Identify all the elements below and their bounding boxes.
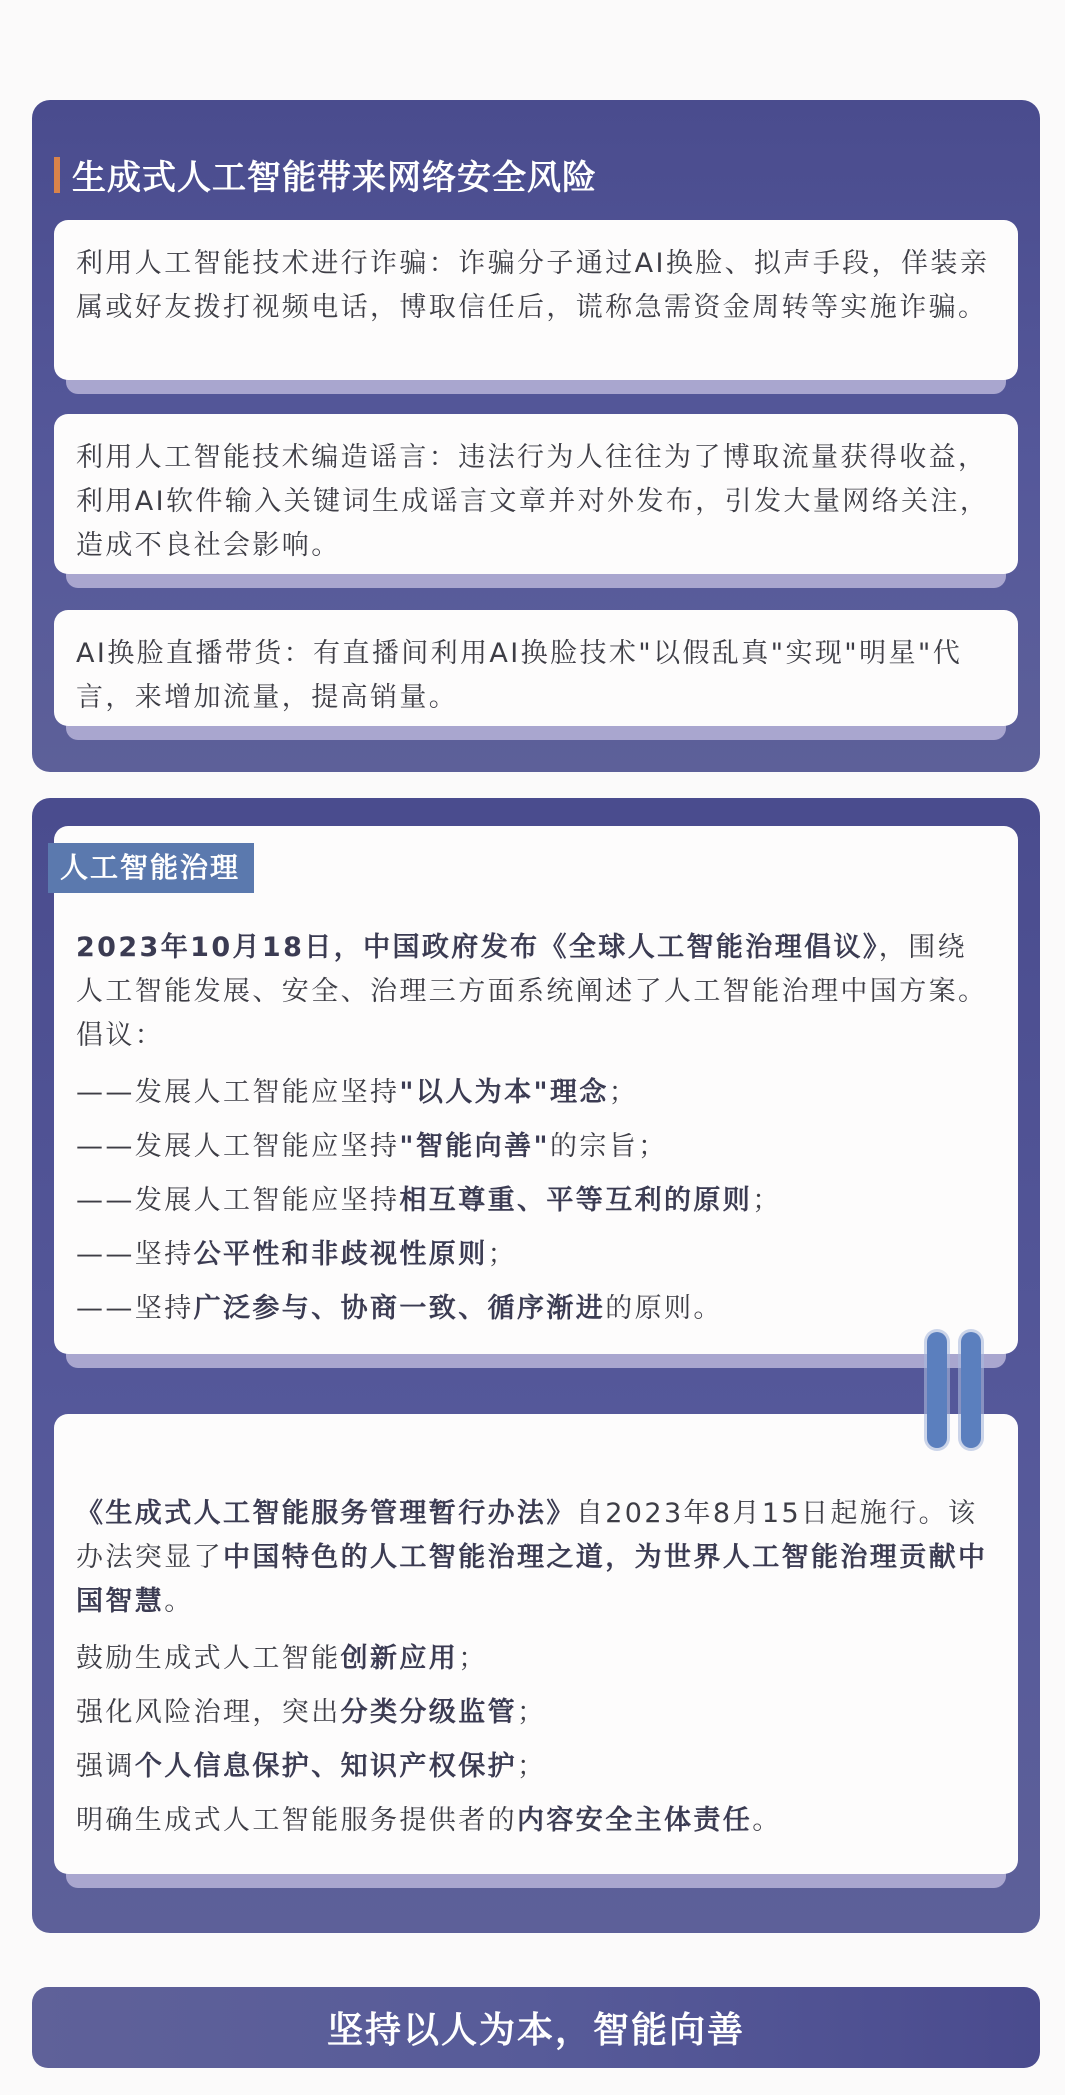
- risk-card: 利用人工智能技术编造谣言：违法行为人往往为了博取流量获得收益，利用AI软件输入关…: [54, 414, 1018, 574]
- measures-item: 强调个人信息保护、知识产权保护；: [76, 1740, 996, 1794]
- risk-panel: 生成式人工智能带来网络安全风险 利用人工智能技术进行诈骗：诈骗分子通过AI换脸、…: [32, 100, 1040, 772]
- measures-card: 《生成式人工智能服务管理暂行办法》自2023年8月15日起施行。该办法突显了中国…: [54, 1414, 1018, 1874]
- initiative-intro: 2023年10月18日，中国政府发布《全球人工智能治理倡议》，围绕人工智能发展、…: [76, 926, 996, 1058]
- initiative-item: ——发展人工智能应坚持"以人为本"理念；: [76, 1066, 996, 1120]
- initiative-item: ——坚持广泛参与、协商一致、循序渐进的原则。: [76, 1282, 996, 1336]
- governance-panel: 2023年10月18日，中国政府发布《全球人工智能治理倡议》，围绕人工智能发展、…: [32, 798, 1040, 1933]
- initiative-card: 2023年10月18日，中国政府发布《全球人工智能治理倡议》，围绕人工智能发展、…: [54, 826, 1018, 1354]
- initiative-item: ——坚持公平性和非歧视性原则；: [76, 1228, 996, 1282]
- governance-tag: 人工智能治理: [48, 843, 254, 893]
- binder-clip-icon: [961, 1332, 981, 1448]
- initiative-item: ——发展人工智能应坚持相互尊重、平等互利的原则；: [76, 1174, 996, 1228]
- risk-section-heading: 生成式人工智能带来网络安全风险: [54, 150, 597, 199]
- measures-item: 强化风险治理，突出分类分级监管；: [76, 1686, 996, 1740]
- measures-item: 鼓励生成式人工智能创新应用；: [76, 1632, 996, 1686]
- initiative-item: ——发展人工智能应坚持"智能向善"的宗旨；: [76, 1120, 996, 1174]
- slogan-banner: 坚持以人为本，智能向善: [32, 1987, 1040, 2068]
- risk-card-text: 利用人工智能技术编造谣言：违法行为人往往为了博取流量获得收益，利用AI软件输入关…: [76, 436, 996, 568]
- measures-item: 明确生成式人工智能服务提供者的内容安全主体责任。: [76, 1794, 996, 1848]
- risk-section-title: 生成式人工智能带来网络安全风险: [72, 150, 597, 199]
- risk-card: AI换脸直播带货：有直播间利用AI换脸技术"以假乱真"实现"明星"代言，来增加流…: [54, 610, 1018, 726]
- slogan-text: 坚持以人为本，智能向善: [327, 2002, 745, 2053]
- risk-card: 利用人工智能技术进行诈骗：诈骗分子通过AI换脸、拟声手段，佯装亲属或好友拨打视频…: [54, 220, 1018, 380]
- binder-clip-icon: [927, 1332, 947, 1448]
- measures-intro: 《生成式人工智能服务管理暂行办法》自2023年8月15日起施行。该办法突显了中国…: [76, 1492, 996, 1624]
- risk-card-text: 利用人工智能技术进行诈骗：诈骗分子通过AI换脸、拟声手段，佯装亲属或好友拨打视频…: [76, 242, 996, 330]
- accent-bar-icon: [54, 157, 60, 193]
- risk-card-text: AI换脸直播带货：有直播间利用AI换脸技术"以假乱真"实现"明星"代言，来增加流…: [76, 632, 996, 720]
